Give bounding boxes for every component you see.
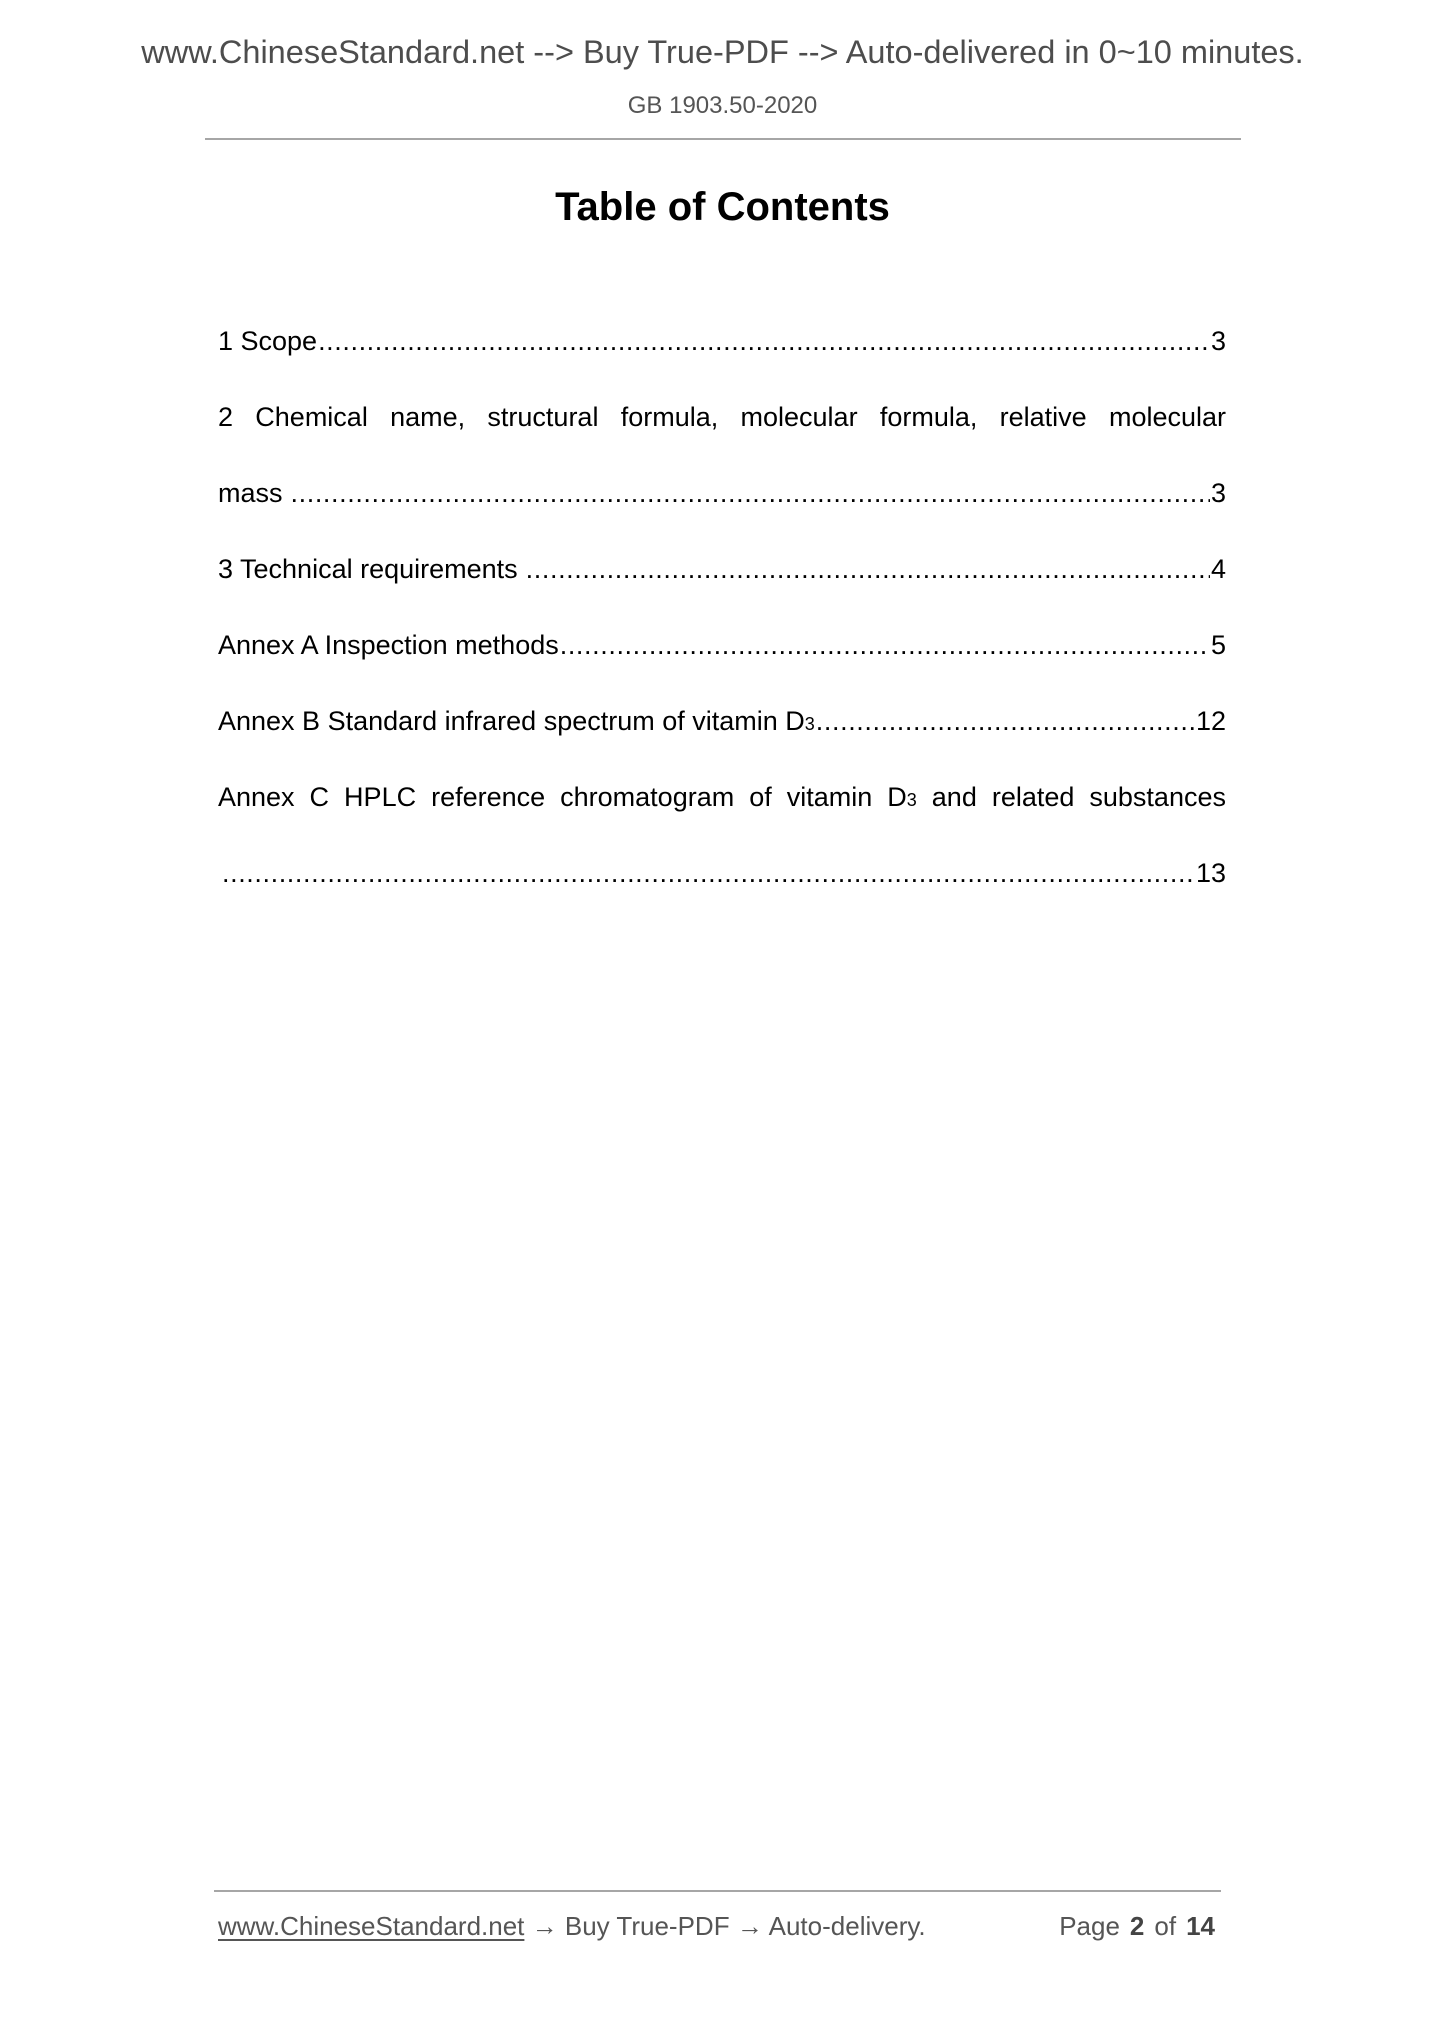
toc-entry-page: 12 — [1196, 683, 1226, 759]
document-code: GB 1903.50-2020 — [0, 92, 1445, 120]
toc-entry-chemical-name-continued[interactable]: mass 3 — [218, 455, 1226, 531]
dot-leader — [560, 607, 1210, 683]
toc-entry-label: 1 Scope — [218, 303, 317, 379]
page-title: Table of Contents — [0, 184, 1445, 230]
toc-entry-label: mass — [218, 455, 283, 531]
toc-entry-page: 5 — [1211, 607, 1226, 683]
site-link[interactable]: www.ChineseStandard.net — [218, 1911, 524, 1941]
toc-entry-label: Annex C HPLC reference chromatogram of v… — [218, 782, 1226, 812]
toc-entry-page: 3 — [1211, 303, 1226, 379]
toc-entry-scope[interactable]: 1 Scope 3 — [218, 303, 1226, 379]
dot-leader — [318, 303, 1210, 379]
toc-entry-page: 13 — [1196, 835, 1226, 911]
dot-leader — [526, 531, 1210, 607]
toc-entry-label: Annex A Inspection methods — [218, 607, 559, 683]
dot-leader — [222, 835, 1195, 911]
header-divider — [205, 138, 1241, 140]
toc-entry-page: 4 — [1211, 531, 1226, 607]
arrow-right-icon: → — [532, 1911, 558, 1941]
table-of-contents: 1 Scope 3 2 Chemical name, structural fo… — [218, 303, 1226, 911]
toc-entry-label: 2 Chemical name, structural formula, mol… — [218, 402, 1226, 432]
page-total: 14 — [1186, 1911, 1215, 1941]
footer-promo: www.ChineseStandard.net → Buy True-PDF →… — [218, 1911, 926, 1941]
toc-entry-label: Annex B Standard infrared spectrum of vi… — [218, 683, 815, 762]
toc-entry-technical-requirements[interactable]: 3 Technical requirements 4 — [218, 531, 1226, 607]
toc-entry-annex-c-continued[interactable]: 13 — [218, 835, 1226, 911]
dot-leader — [816, 683, 1195, 759]
toc-entry-chemical-name[interactable]: 2 Chemical name, structural formula, mol… — [218, 379, 1226, 455]
toc-entry-label: 3 Technical requirements — [218, 531, 518, 607]
page-indicator: Page2of14 — [1059, 1911, 1215, 1941]
dot-leader — [291, 455, 1210, 531]
toc-entry-page: 3 — [1211, 455, 1226, 531]
toc-entry-annex-b[interactable]: Annex B Standard infrared spectrum of vi… — [218, 683, 1226, 759]
page-label: Page — [1059, 1911, 1120, 1941]
page-current: 2 — [1130, 1911, 1144, 1941]
buy-text: Buy True-PDF — [565, 1911, 730, 1941]
footer-divider — [214, 1890, 1221, 1892]
page-of: of — [1154, 1911, 1176, 1941]
toc-entry-annex-a[interactable]: Annex A Inspection methods 5 — [218, 607, 1226, 683]
arrow-right-icon: → — [737, 1911, 763, 1941]
delivery-text: Auto-delivery. — [769, 1911, 926, 1941]
toc-entry-annex-c[interactable]: Annex C HPLC reference chromatogram of v… — [218, 759, 1226, 835]
top-banner: www.ChineseStandard.net --> Buy True-PDF… — [0, 33, 1445, 71]
